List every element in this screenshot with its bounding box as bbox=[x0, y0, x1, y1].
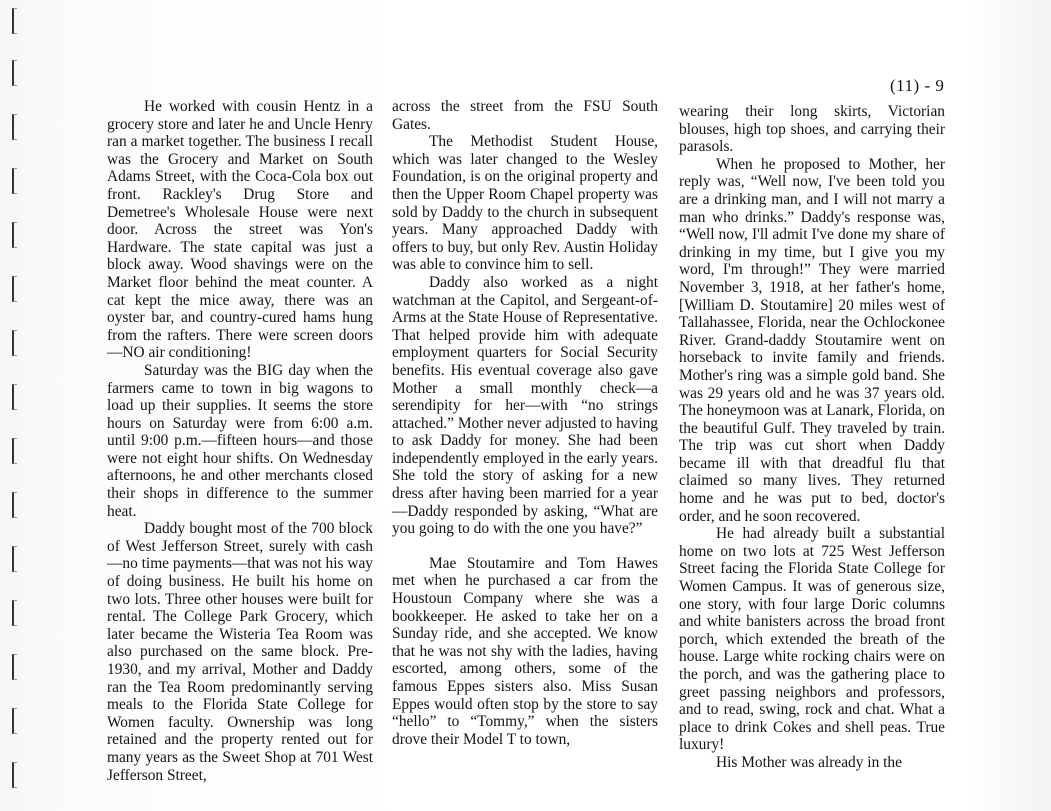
paragraph: His Mother was already in the bbox=[679, 754, 945, 772]
binding-hole-mark bbox=[12, 276, 17, 302]
text-column-1: He worked with cousin Hentz in a grocery… bbox=[107, 98, 373, 784]
text-column-2: across the street from the FSU South Gat… bbox=[392, 98, 658, 748]
paragraph: He had already built a substantial home … bbox=[679, 525, 945, 754]
binding-hole-mark bbox=[12, 708, 17, 734]
spiral-binding bbox=[12, 0, 24, 811]
binding-hole-mark bbox=[12, 168, 17, 194]
binding-hole-mark bbox=[12, 60, 17, 86]
page-number: (11) - 9 bbox=[890, 76, 944, 96]
paragraph-continuation: wearing their long skirts, Victorian blo… bbox=[679, 103, 945, 156]
binding-hole-mark bbox=[12, 546, 17, 572]
binding-hole-mark bbox=[12, 222, 17, 248]
paragraph-continuation: across the street from the FSU South Gat… bbox=[392, 98, 658, 133]
paragraph: When he proposed to Mother, her reply wa… bbox=[679, 156, 945, 525]
binding-hole-mark bbox=[12, 600, 17, 626]
binding-hole-mark bbox=[12, 330, 17, 356]
binding-hole-mark bbox=[12, 8, 17, 34]
binding-hole-mark bbox=[12, 654, 17, 680]
paragraph: Saturday was the BIG day when the farmer… bbox=[107, 362, 373, 520]
paragraph: Daddy also worked as a night watchman at… bbox=[392, 274, 658, 538]
paragraph: Daddy bought most of the 700 block of We… bbox=[107, 520, 373, 784]
binding-hole-mark bbox=[12, 114, 17, 140]
binding-hole-mark bbox=[12, 438, 17, 464]
paragraph: He worked with cousin Hentz in a grocery… bbox=[107, 98, 373, 362]
paragraph: Mae Stoutamire and Tom Hawes met when he… bbox=[392, 555, 658, 749]
paragraph: The Methodist Student House, which was l… bbox=[392, 133, 658, 274]
binding-hole-mark bbox=[12, 762, 17, 788]
document-page: (11) - 9 He worked with cousin Hentz in … bbox=[0, 0, 1051, 811]
binding-hole-mark bbox=[12, 492, 17, 518]
text-column-3: wearing their long skirts, Victorian blo… bbox=[679, 103, 945, 772]
binding-hole-mark bbox=[12, 384, 17, 410]
